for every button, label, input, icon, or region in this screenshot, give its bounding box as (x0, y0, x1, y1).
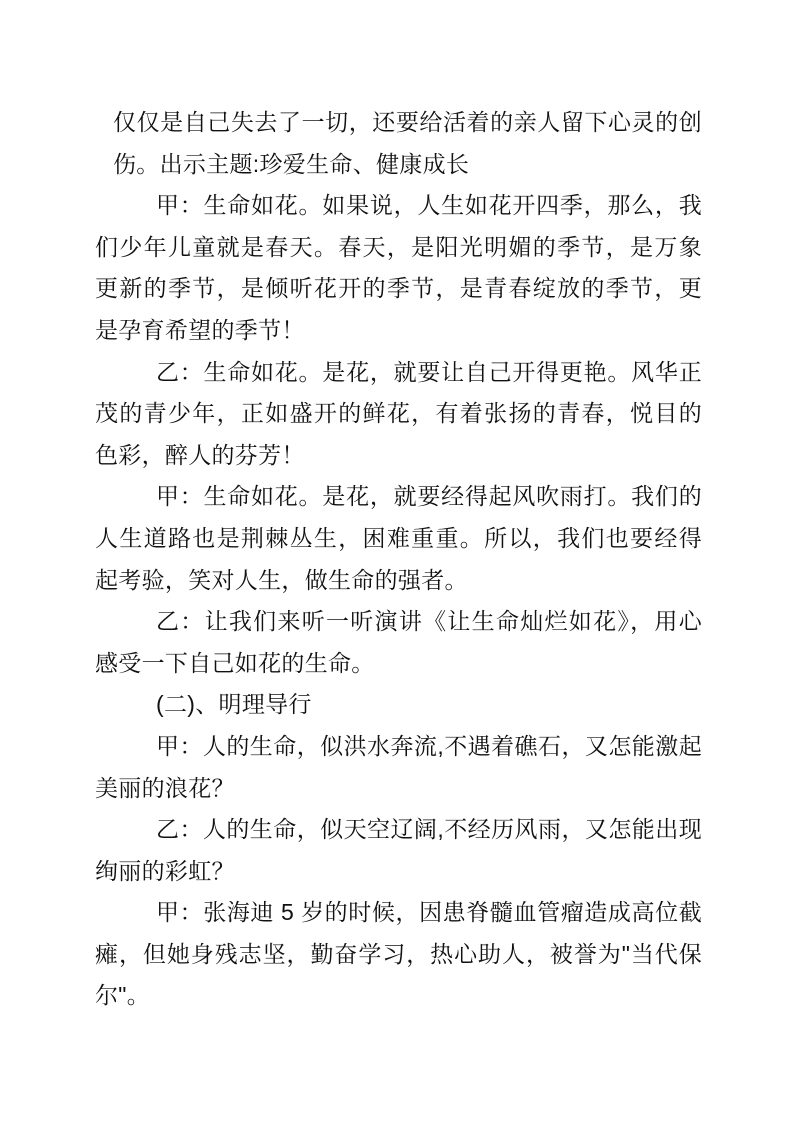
dialog-paragraph: 甲：生命如花。如果说，人生如花开四季，那么，我们少年儿童就是春天。春天，是阳光明… (95, 185, 702, 351)
text-line: 色彩，醉人的芬芳！ (95, 435, 702, 477)
text-line: 茂的青少年，正如盛开的鲜花，有着张扬的青春，悦目的 (95, 393, 702, 435)
text-line: 们少年儿童就是春天。春天，是阳光明媚的季节，是万象 (95, 227, 702, 269)
text-line: 是孕育希望的季节！ (95, 310, 702, 352)
text-line: (二)、明理导行 (95, 684, 702, 726)
text-line: 伤。出示主题:珍爱生命、健康成长 (95, 144, 702, 186)
text-line: 绚丽的彩虹？ (95, 851, 702, 893)
dialog-paragraph: 乙：生命如花。是花，就要让自己开得更艳。风华正茂的青少年，正如盛开的鲜花，有着张… (95, 352, 702, 477)
text-line: 瘫，但她身残志坚，勤奋学习，热心助人，被誉为"当代保 (95, 934, 702, 976)
continuation-paragraph: 仅仅是自己失去了一切，还要给活着的亲人留下心灵的创伤。出示主题:珍爱生命、健康成… (95, 102, 702, 185)
dialog-paragraph: 甲：张海迪 5 岁的时候，因患脊髓血管瘤造成高位截瘫，但她身残志坚，勤奋学习，热… (95, 892, 702, 1017)
text-line: 感受一下自己如花的生命。 (95, 643, 702, 685)
text-line: 美丽的浪花？ (95, 768, 702, 810)
document-page: 仅仅是自己失去了一切，还要给活着的亲人留下心灵的创伤。出示主题:珍爱生命、健康成… (0, 0, 793, 1122)
dialog-paragraph: 乙：人的生命，似天空辽阔,不经历风雨，又怎能出现绚丽的彩虹？ (95, 809, 702, 892)
text-line: 人生道路也是荆棘丛生，困难重重。所以，我们也要经得 (95, 518, 702, 560)
text-line: 更新的季节，是倾听花开的季节，是青春绽放的季节，更 (95, 268, 702, 310)
text-line: 甲：生命如花。如果说，人生如花开四季，那么，我 (95, 185, 702, 227)
dialog-paragraph: 甲：生命如花。是花，就要经得起风吹雨打。我们的人生道路也是荆棘丛生，困难重重。所… (95, 476, 702, 601)
text-line: 乙：生命如花。是花，就要让自己开得更艳。风华正 (95, 352, 702, 394)
dialog-paragraph: 乙：让我们来听一听演讲《让生命灿烂如花》，用心感受一下自己如花的生命。 (95, 601, 702, 684)
text-line: 乙：让我们来听一听演讲《让生命灿烂如花》，用心 (95, 601, 702, 643)
text-line: 仅仅是自己失去了一切，还要给活着的亲人留下心灵的创 (95, 102, 702, 144)
text-line: 甲：张海迪 5 岁的时候，因患脊髓血管瘤造成高位截 (95, 892, 702, 934)
text-line: 甲：人的生命，似洪水奔流,不遇着礁石，又怎能激起 (95, 726, 702, 768)
text-line: 起考验，笑对人生，做生命的强者。 (95, 560, 702, 602)
dialog-paragraph: 甲：人的生命，似洪水奔流,不遇着礁石，又怎能激起美丽的浪花？ (95, 726, 702, 809)
section-heading: (二)、明理导行 (95, 684, 702, 726)
text-line: 尔"。 (95, 975, 702, 1017)
text-line: 乙：人的生命，似天空辽阔,不经历风雨，又怎能出现 (95, 809, 702, 851)
text-line: 甲：生命如花。是花，就要经得起风吹雨打。我们的 (95, 476, 702, 518)
